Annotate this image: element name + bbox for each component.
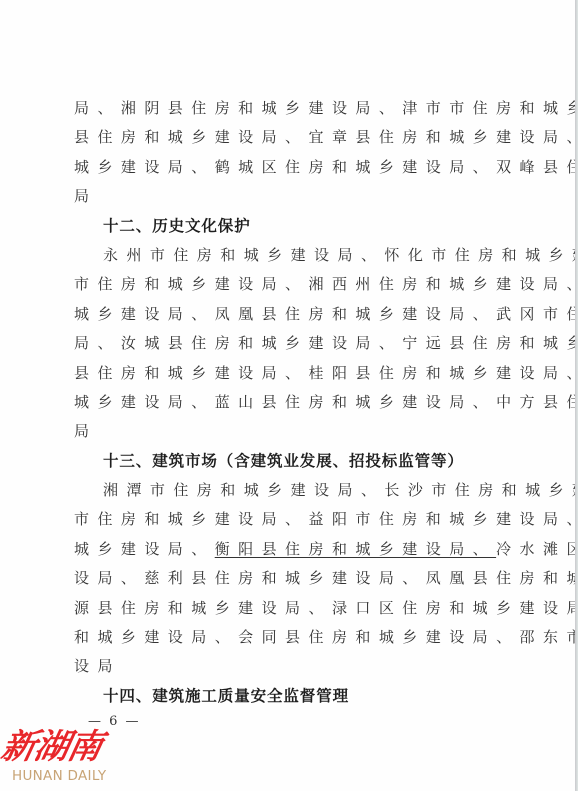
text-line: 市住房和城乡建设局、湘西州住房和城乡建设局、洪江市住房和 — [74, 270, 504, 299]
text-segment: 冷水滩区住房和城乡建 — [496, 540, 578, 558]
section-heading-12: 十二、历史文化保护 — [74, 212, 504, 241]
text-line: 县住房和城乡建设局、宜章县住房和城乡建设局、祁阳市住房和 — [74, 123, 504, 152]
text-line: 设局 — [74, 652, 504, 681]
text-line: 市住房和城乡建设局、益阳市住房和城乡建设局、涟源市住房和 — [74, 505, 504, 534]
hunan-daily-logo: 新湖南 HUNAN DAILY — [2, 728, 122, 790]
logo-chinese-text: 新湖南 — [0, 728, 105, 766]
text-line: 局 — [74, 182, 504, 211]
text-line: 局、汝城县住房和城乡建设局、宁远县住房和城乡建设局、保靖 — [74, 329, 504, 358]
text-line: 城乡建设局、蓝山县住房和城乡建设局、中方县住房和城乡建设 — [74, 388, 504, 417]
text-line: 湘潭市住房和城乡建设局、长沙市住房和城乡建设局、郴州 — [74, 476, 504, 505]
text-line: 永州市住房和城乡建设局、怀化市住房和城乡建设局、郴州 — [74, 241, 504, 270]
text-line: 城乡建设局、鹤城区住房和城乡建设局、双峰县住房和城乡建设 — [74, 153, 504, 182]
text-line: 局、湘阴县住房和城乡建设局、津市市住房和城乡建设局、安化 — [74, 94, 504, 123]
text-line-with-underline: 城乡建设局、衡阳县住房和城乡建设局、冷水滩区住房和城乡建 — [74, 535, 504, 564]
document-body: 局、湘阴县住房和城乡建设局、津市市住房和城乡建设局、安化 县住房和城乡建设局、宜… — [74, 94, 504, 711]
text-line: 设局、慈利县住房和城乡建设局、凤凰县住房和城乡建设局、桃 — [74, 564, 504, 593]
text-line: 局 — [74, 417, 504, 446]
text-line: 和城乡建设局、会同县住房和城乡建设局、邵东市住房和城乡建 — [74, 623, 504, 652]
document-page: 局、湘阴县住房和城乡建设局、津市市住房和城乡建设局、安化 县住房和城乡建设局、宜… — [0, 0, 575, 791]
text-line: 源县住房和城乡建设局、渌口区住房和城乡建设局、平江县住房 — [74, 594, 504, 623]
text-line: 城乡建设局、凤凰县住房和城乡建设局、武冈市住房和城乡建设 — [74, 300, 504, 329]
text-segment: 城乡建设局、 — [74, 540, 215, 558]
logo-english-text: HUNAN DAILY — [12, 768, 106, 784]
text-line: 县住房和城乡建设局、桂阳县住房和城乡建设局、会同县住房和 — [74, 359, 504, 388]
section-heading-14: 十四、建筑施工质量安全监督管理 — [74, 682, 504, 711]
section-heading-13: 十三、建筑市场（含建筑业发展、招投标监管等） — [74, 447, 504, 476]
underlined-text: 衡阳县住房和城乡建设局、 — [215, 540, 496, 558]
